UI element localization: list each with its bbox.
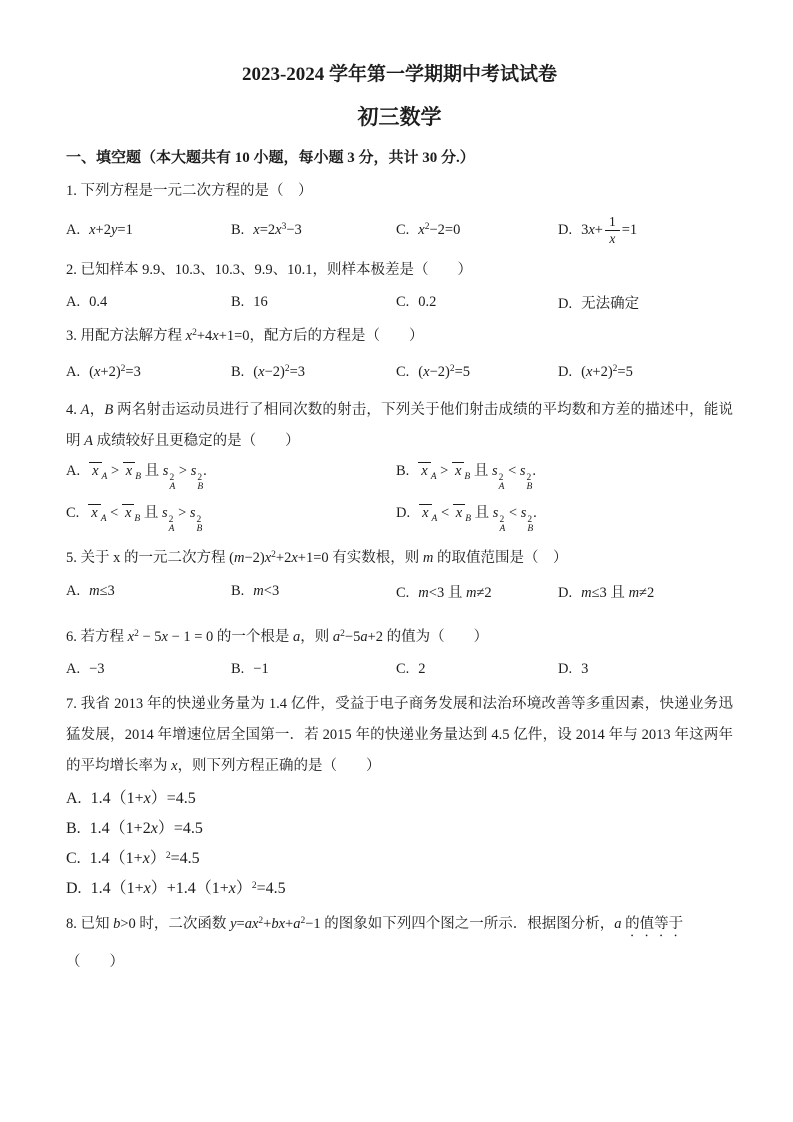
option-label: B. <box>396 463 409 479</box>
option-label: C. <box>396 364 409 380</box>
option-label: C. <box>396 661 409 677</box>
question-7: 7. 我省 2013 年的快递业务量为 1.4 亿件，受益于电子商务发展和法治环… <box>66 689 733 904</box>
question-2-stem: 2. 已知样本 9.9、10.3、10.3、9.9、10.1，则样本极差是（ ） <box>66 255 733 286</box>
question-4-option-d: D.xA < xB 且 s2A < s2B. <box>396 501 733 534</box>
option-label: D. <box>558 585 572 601</box>
question-3: 3. 用配方法解方程 x2+4x+1=0，配方后的方程是（ ） A.(x+2)2… <box>66 321 733 393</box>
option-label: D. <box>558 661 572 677</box>
option-value: m≤3 且 m≠2 <box>581 585 654 601</box>
question-5: 5. 关于 x 的一元二次方程 (m−2)x2+2x+1=0 有实数根，则 m … <box>66 543 733 609</box>
option-value: xA > xB 且 s2A > s2B. <box>89 463 207 479</box>
question-6-option-c: C.2 <box>396 661 558 678</box>
option-label: C. <box>66 850 81 867</box>
question-1-stem: 1. 下列方程是一元二次方程的是（ ） <box>66 176 733 207</box>
option-value: 1.4（1+x）=4.5 <box>91 790 196 807</box>
question-5-options: A.m≤3 B.m<3 C.m<3 且 m≠2 D.m≤3 且 m≠2 <box>66 574 733 609</box>
question-6-options: A.−3 B.−1 C.2 D.3 <box>66 653 733 685</box>
option-value: (x+2)2=3 <box>89 364 141 380</box>
question-3-option-a: A.(x+2)2=3 <box>66 364 231 381</box>
question-2-option-a: A.0.4 <box>66 294 231 311</box>
question-7-option-c: C.1.4（1+x）2=4.5 <box>66 844 733 874</box>
question-1-option-c: C.x2−2=0 <box>396 222 558 239</box>
option-value: −3 <box>89 661 104 677</box>
option-value: (x−2)2=3 <box>253 364 305 380</box>
question-3-option-d: D.(x+2)2=5 <box>558 364 733 381</box>
option-value: m<3 <box>253 583 279 599</box>
option-value: (x+2)2=5 <box>581 364 633 380</box>
option-value: m≤3 <box>89 583 115 599</box>
option-value: 1.4（1+x）+1.4（1+x）2=4.5 <box>91 880 286 897</box>
question-5-option-a: A.m≤3 <box>66 583 231 600</box>
option-value: xA > xB 且 s2A < s2B. <box>418 463 536 479</box>
question-2-option-d: D.无法确定 <box>558 292 733 313</box>
option-label: C. <box>396 222 409 238</box>
question-5-option-d: D.m≤3 且 m≠2 <box>558 581 733 602</box>
option-label: B. <box>231 294 244 310</box>
option-label: D. <box>558 222 572 238</box>
question-6-option-a: A.−3 <box>66 661 231 678</box>
option-value: x2−2=0 <box>418 222 460 238</box>
question-1-option-b: B.x=2x3−3 <box>231 222 396 239</box>
question-5-option-c: C.m<3 且 m≠2 <box>396 581 558 602</box>
option-value: m<3 且 m≠2 <box>418 585 491 601</box>
option-value: 16 <box>253 294 268 310</box>
option-label: D. <box>396 505 410 521</box>
option-label: A. <box>66 222 80 238</box>
question-3-stem: 3. 用配方法解方程 x2+4x+1=0，配方后的方程是（ ） <box>66 321 733 352</box>
section-heading: 一、填空题（本大题共有 10 小题，每小题 3 分，共计 30 分.） <box>66 146 733 170</box>
option-value: −1 <box>253 661 268 677</box>
question-2-option-b: B.16 <box>231 294 396 311</box>
option-label: C. <box>396 585 409 601</box>
question-7-stem: 7. 我省 2013 年的快递业务量为 1.4 亿件，受益于电子商务发展和法治环… <box>66 689 733 782</box>
question-4-options-row-2: C.xA < xB 且 s2A > s2B D.xA < xB 且 s2A < … <box>66 499 733 535</box>
option-label: C. <box>66 505 79 521</box>
option-label: B. <box>66 820 81 837</box>
question-8: 8. 已知 b>0 时，二次函数 y=ax2+bx+a2−1 的图象如下列四个图… <box>66 909 733 979</box>
question-2-options: A.0.4 B.16 C.0.2 D.无法确定 <box>66 286 733 318</box>
option-label: A. <box>66 294 80 310</box>
option-value: (x−2)2=5 <box>418 364 470 380</box>
question-5-stem: 5. 关于 x 的一元二次方程 (m−2)x2+2x+1=0 有实数根，则 m … <box>66 543 733 574</box>
question-3-option-b: B.(x−2)2=3 <box>231 364 396 381</box>
option-value: 1.4（1+2x）=4.5 <box>90 820 203 837</box>
option-value: xA < xB 且 s2A < s2B. <box>419 505 537 521</box>
option-label: B. <box>231 364 244 380</box>
question-4-option-a: A.xA > xB 且 s2A > s2B. <box>66 459 396 492</box>
option-label: C. <box>396 294 409 310</box>
question-3-options: A.(x+2)2=3 B.(x−2)2=3 C.(x−2)2=5 D.(x+2)… <box>66 352 733 393</box>
question-6: 6. 若方程 x2 − 5x − 1 = 0 的一个根是 a，则 a2−5a+2… <box>66 622 733 685</box>
option-label: A. <box>66 790 82 807</box>
question-2: 2. 已知样本 9.9、10.3、10.3、9.9、10.1，则样本极差是（ ）… <box>66 255 733 318</box>
question-4-options-row-1: A.xA > xB 且 s2A > s2B. B.xA > xB 且 s2A <… <box>66 457 733 493</box>
option-label: B. <box>231 661 244 677</box>
option-value: 无法确定 <box>581 296 639 312</box>
option-label: D. <box>558 296 572 312</box>
question-4-stem: 4. A，B 两名射击运动员进行了相同次数的射击，下列关于他们射击成绩的平均数和… <box>66 395 733 457</box>
question-4-option-c: C.xA < xB 且 s2A > s2B <box>66 501 396 534</box>
question-6-option-d: D.3 <box>558 661 733 678</box>
question-7-option-d: D.1.4（1+x）+1.4（1+x）2=4.5 <box>66 874 733 904</box>
option-label: A. <box>66 364 80 380</box>
option-label: A. <box>66 463 80 479</box>
question-7-option-b: B.1.4（1+2x）=4.5 <box>66 814 733 844</box>
option-label: B. <box>231 583 244 599</box>
option-value: xA < xB 且 s2A > s2B <box>88 505 202 521</box>
option-value: 2 <box>418 661 425 677</box>
question-1: 1. 下列方程是一元二次方程的是（ ） A.x+2y=1 B.x=2x3−3 C… <box>66 176 733 254</box>
question-6-option-b: B.−1 <box>231 661 396 678</box>
option-label: A. <box>66 661 80 677</box>
question-7-option-a: A.1.4（1+x）=4.5 <box>66 784 733 814</box>
option-label: D. <box>558 364 572 380</box>
question-1-option-a: A.x+2y=1 <box>66 222 231 239</box>
question-5-option-b: B.m<3 <box>231 583 396 600</box>
question-1-option-d: D.3x+1x=1 <box>558 214 733 247</box>
option-value: 0.2 <box>418 294 436 310</box>
question-8-stem: 8. 已知 b>0 时，二次函数 y=ax2+bx+a2−1 的图象如下列四个图… <box>66 909 733 940</box>
option-label: A. <box>66 583 80 599</box>
question-3-option-c: C.(x−2)2=5 <box>396 364 558 381</box>
question-4-option-b: B.xA > xB 且 s2A < s2B. <box>396 459 733 492</box>
option-value: x=2x3−3 <box>253 222 302 238</box>
paper-subtitle: 初三数学 <box>66 102 733 132</box>
paper-title: 2023-2024 学年第一学期期中考试试卷 <box>66 62 733 88</box>
question-2-option-c: C.0.2 <box>396 294 558 311</box>
exam-paper-page: 2023-2024 学年第一学期期中考试试卷 初三数学 一、填空题（本大题共有 … <box>0 0 793 1122</box>
question-8-answer-blank: （ ） <box>66 945 733 979</box>
option-value: 1.4（1+x）2=4.5 <box>90 850 200 867</box>
option-value: x+2y=1 <box>89 222 133 238</box>
option-label: D. <box>66 880 82 897</box>
question-1-options: A.x+2y=1 B.x=2x3−3 C.x2−2=0 D.3x+1x=1 <box>66 207 733 254</box>
question-7-options: A.1.4（1+x）=4.5 B.1.4（1+2x）=4.5 C.1.4（1+x… <box>66 784 733 904</box>
question-4: 4. A，B 两名射击运动员进行了相同次数的射击，下列关于他们射击成绩的平均数和… <box>66 395 733 535</box>
option-value: 3 <box>581 661 588 677</box>
option-value: 3x+1x=1 <box>581 222 637 238</box>
question-6-stem: 6. 若方程 x2 − 5x − 1 = 0 的一个根是 a，则 a2−5a+2… <box>66 622 733 653</box>
option-label: B. <box>231 222 244 238</box>
option-value: 0.4 <box>89 294 107 310</box>
